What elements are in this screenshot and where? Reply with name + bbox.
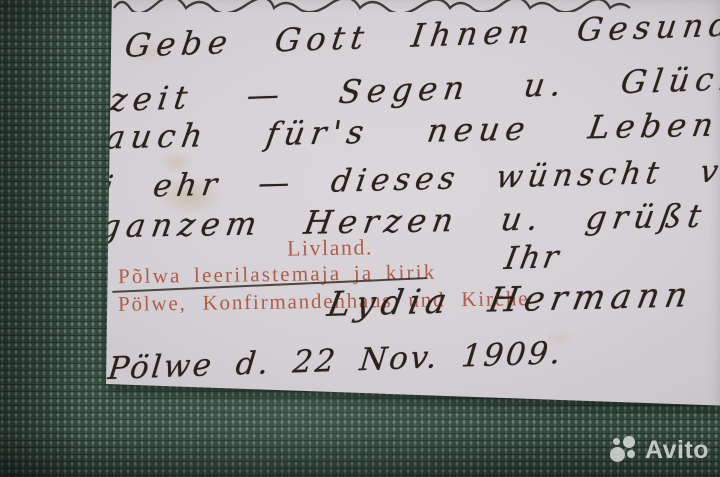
photo-scene: Livland. Põlwa leerilastemaja ja kirik P… — [0, 0, 720, 477]
avito-dot-small2 — [627, 450, 635, 458]
postcard-shadow: Livland. Põlwa leerilastemaja ja kirik P… — [0, 0, 720, 477]
handwriting-line-1: Gebe Gott Ihnen Gesund — [123, 5, 720, 65]
handwriting-date-line: Pölwe d. 22 Nov. 1909. — [106, 335, 564, 387]
avito-watermark: Avito — [610, 436, 709, 464]
handwriting-line-6: Ihr — [502, 239, 564, 277]
avito-dot-large — [610, 447, 625, 462]
handwriting-line-5: ganzem Herzen u. grüßt — [97, 197, 710, 246]
postcard: Livland. Põlwa leerilastemaja ja kirik P… — [0, 0, 720, 477]
avito-dot-medium — [623, 436, 635, 448]
avito-logo-icon — [610, 436, 640, 464]
avito-dot-small — [613, 438, 620, 445]
handwriting-signature: Lydia Hermann — [324, 275, 697, 325]
avito-watermark-label: Avito — [645, 438, 709, 463]
